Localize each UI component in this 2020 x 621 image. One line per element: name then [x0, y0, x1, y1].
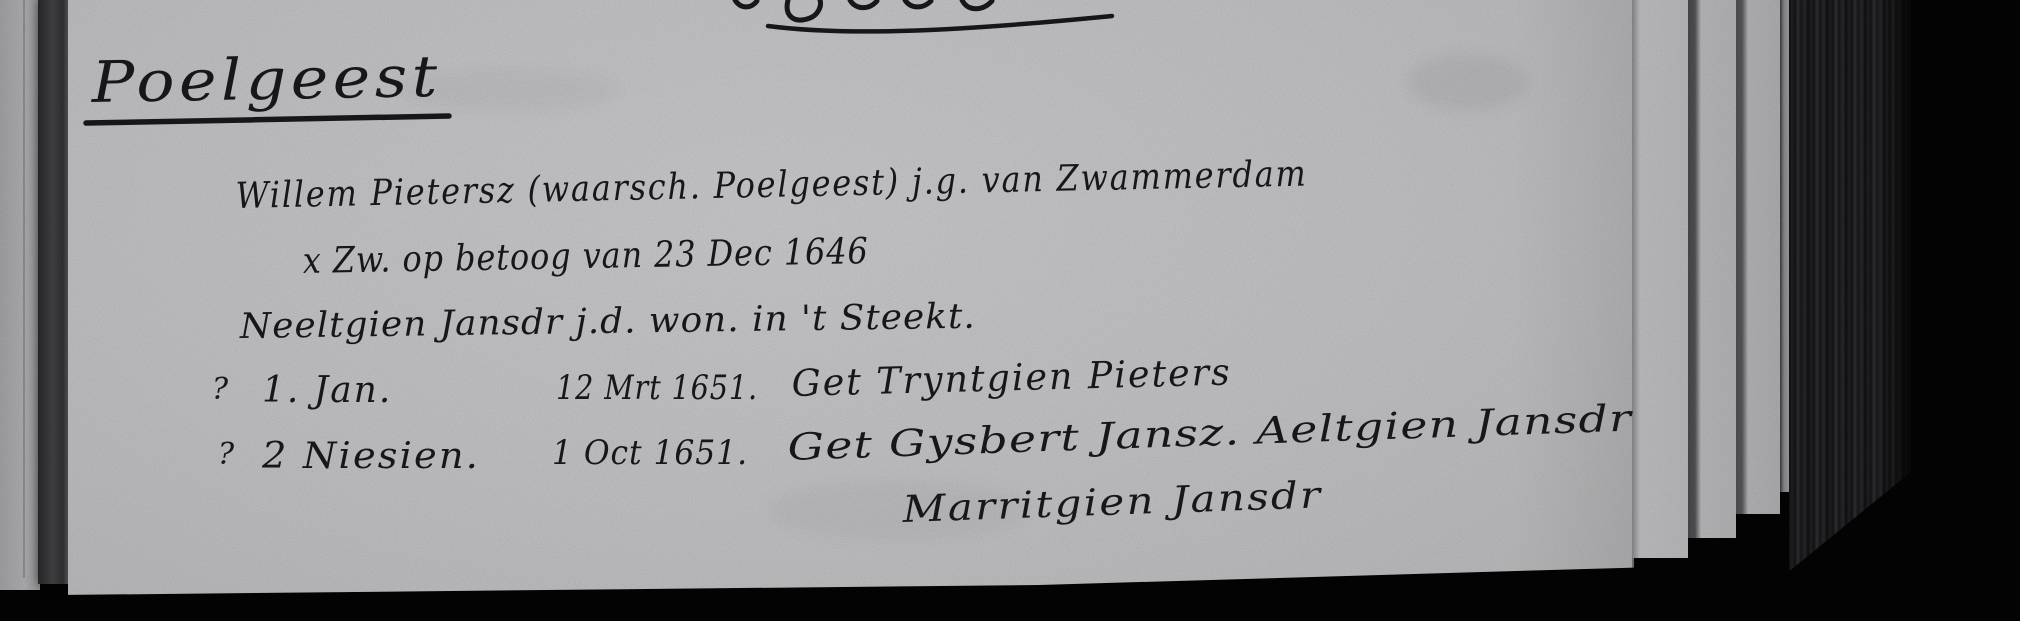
- book-photograph: Poelgeest Willem Pietersz (waarsch. Poel…: [0, 0, 2020, 621]
- paper-grain-overlay: [0, 0, 2020, 621]
- handwriting-layer: Poelgeest Willem Pietersz (waarsch. Poel…: [0, 0, 2020, 621]
